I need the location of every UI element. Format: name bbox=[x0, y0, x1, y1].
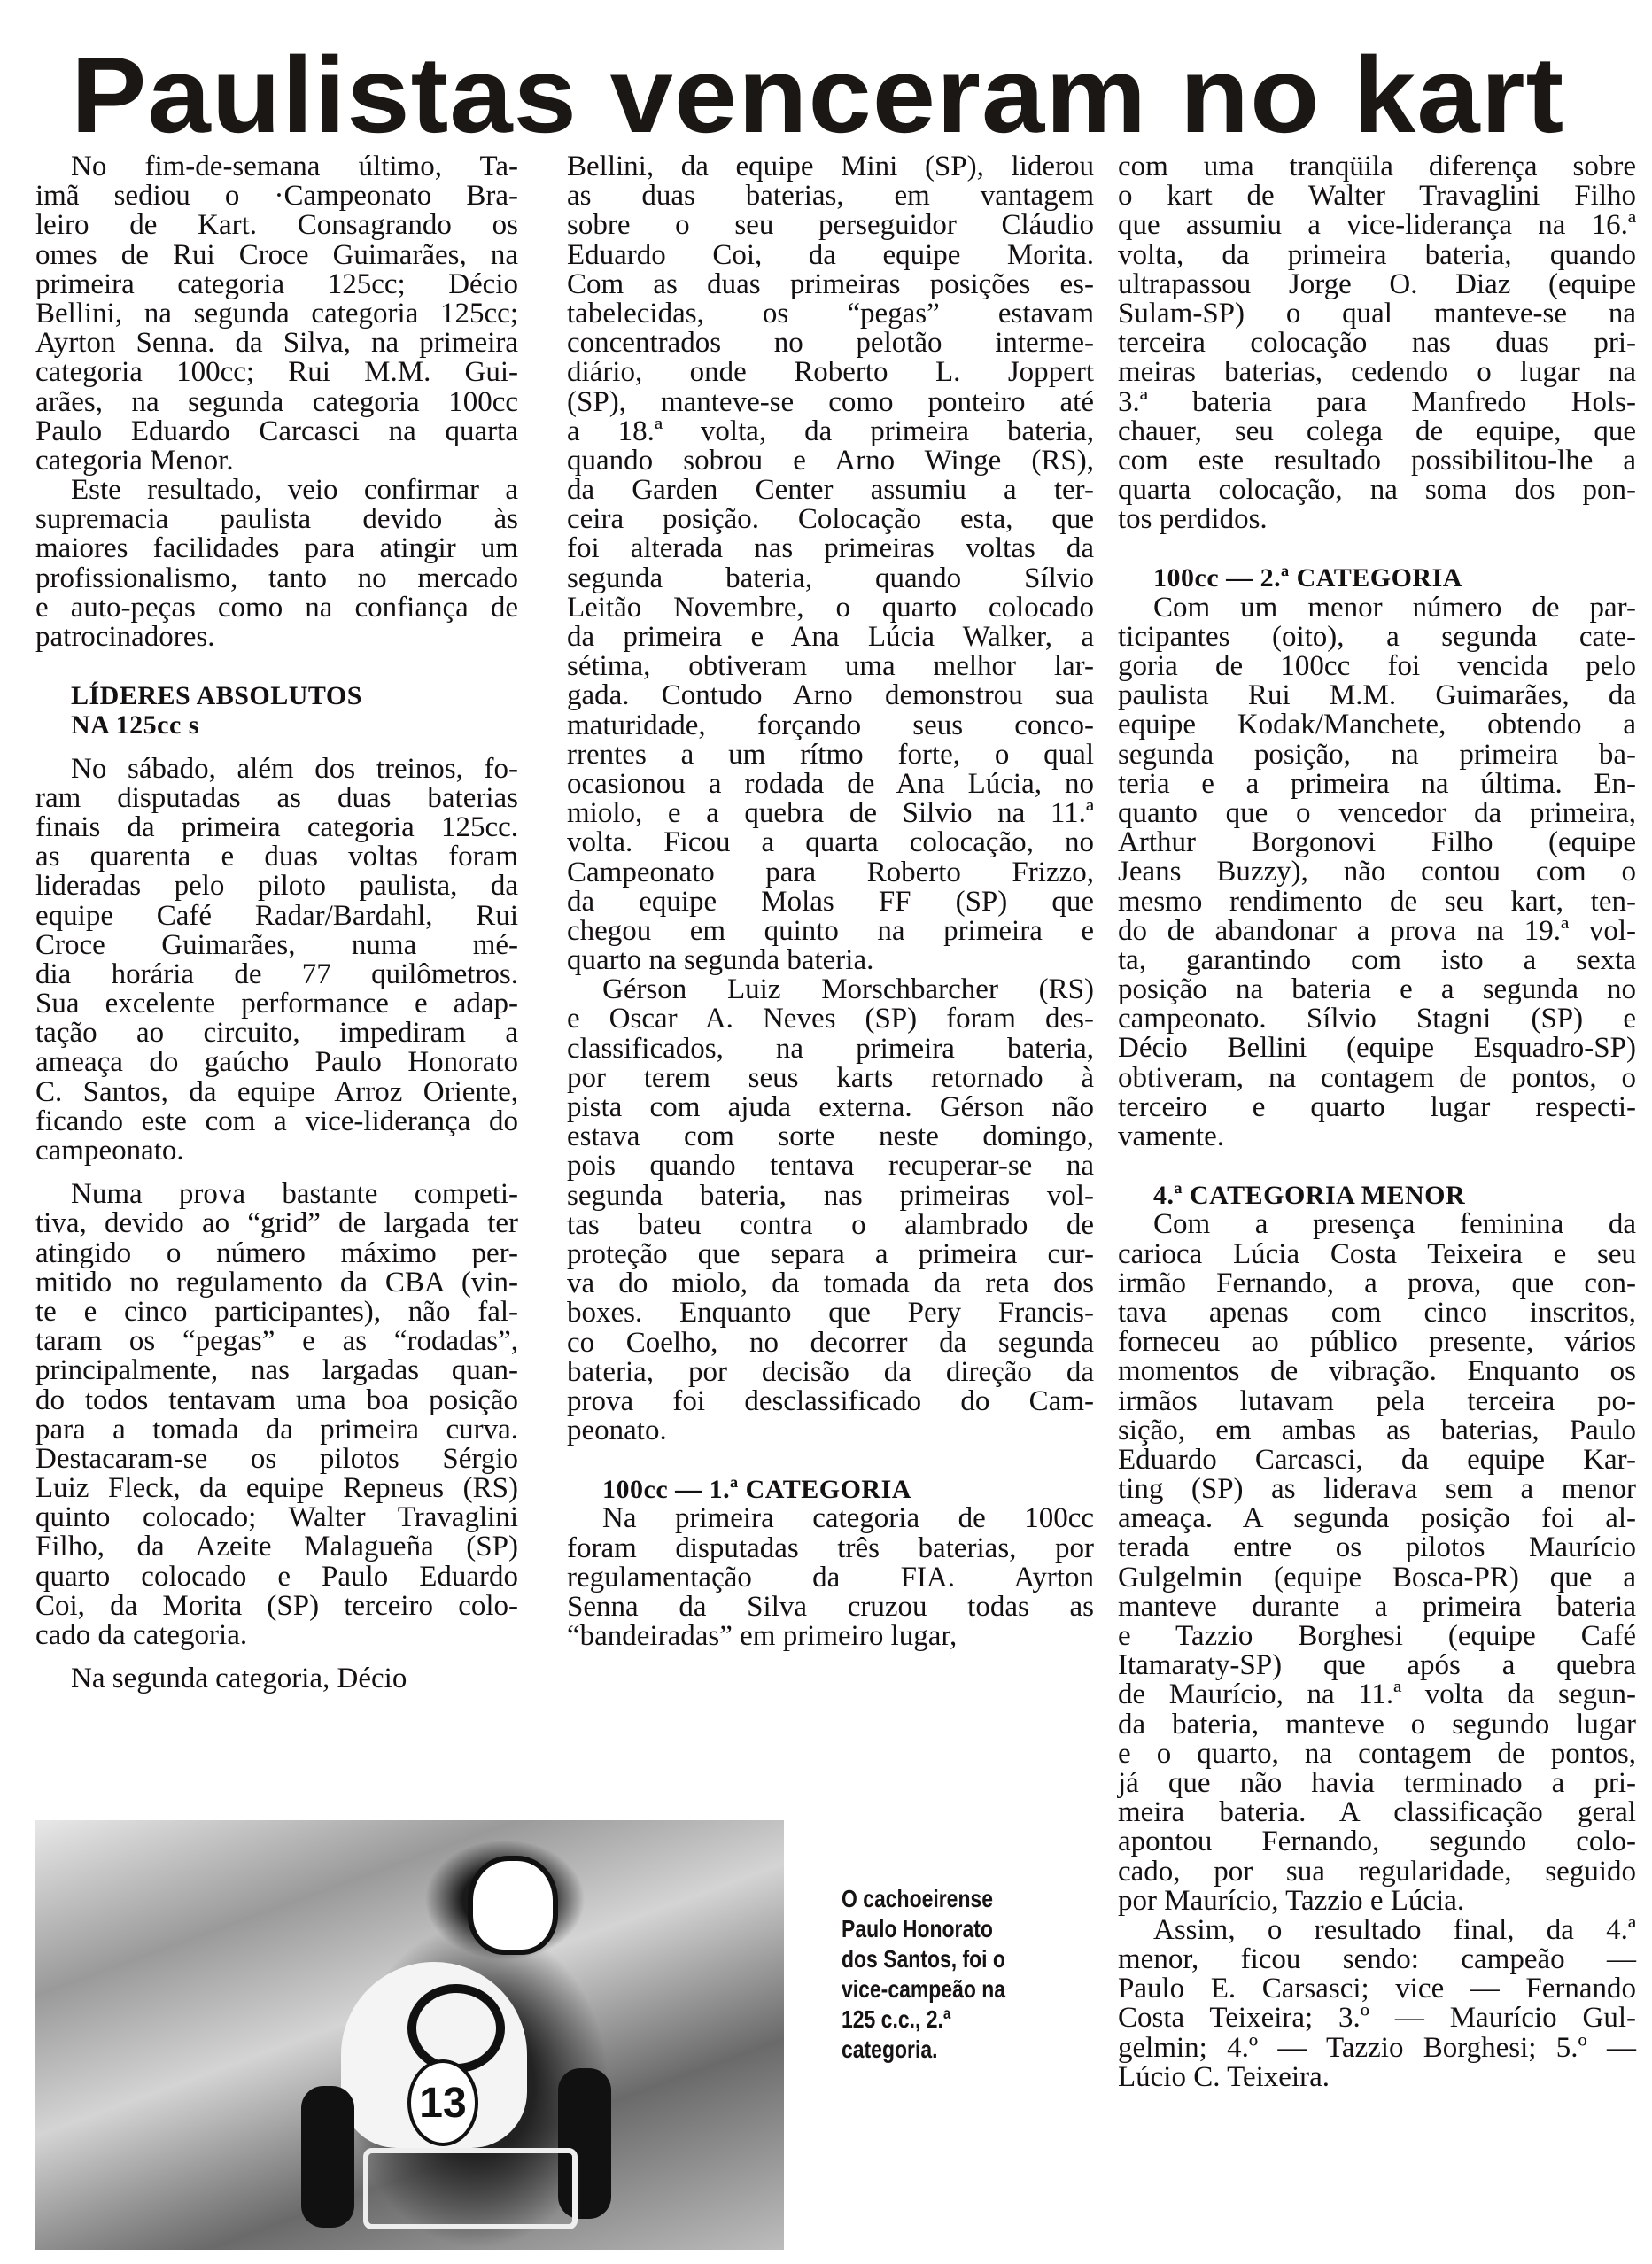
text-line: para a tomada da primeira curva. bbox=[35, 1415, 518, 1445]
text-line: Assim, o resultado final, da 4.ª bbox=[1118, 1916, 1636, 1945]
text-line: 3.ª bateria para Manfredo Hols- bbox=[1118, 388, 1636, 417]
text-line: goria de 100cc foi vencida pelo bbox=[1118, 652, 1636, 681]
text-line: sétima, obtiveram uma melhor lar- bbox=[567, 652, 1094, 681]
text-line: ultrapassou Jorge O. Diaz (equipe bbox=[1118, 270, 1636, 299]
section-heading: 4.ª CATEGORIA MENOR bbox=[1118, 1181, 1636, 1210]
text-line: momentos de vibração. Enquanto os bbox=[1118, 1357, 1636, 1386]
text-line: primeira categoria 125cc; Décio bbox=[35, 270, 518, 299]
text-line: chegou em quinto na primeira e bbox=[567, 917, 1094, 946]
text-line: Lúcio C. Teixeira. bbox=[1118, 2063, 1636, 2092]
text-line: mitido no regulamento da CBA (vin- bbox=[35, 1268, 518, 1298]
text-line: o kart de Walter Travaglini Filho bbox=[1118, 182, 1636, 211]
text-line: e Oscar A. Neves (SP) foram des- bbox=[567, 1004, 1094, 1034]
text-line: atingido o número máximo per- bbox=[35, 1239, 518, 1268]
text-line: tos perdidos. bbox=[1118, 505, 1636, 534]
text-line: tiva, devido ao “grid” de largada ter bbox=[35, 1209, 518, 1238]
text-line: ta, garantindo com isto a sexta bbox=[1118, 946, 1636, 975]
text-line: rrentes a um rítmo forte, o qual bbox=[567, 740, 1094, 770]
text-line: tava apenas com cinco inscritos, bbox=[1118, 1299, 1636, 1328]
text-line: ticipantes (oito), a segunda cate- bbox=[1118, 623, 1636, 652]
caption-line: vice-campeão na bbox=[842, 1974, 1052, 2004]
article-column-2: Bellini, da equipe Mini (SP), liderouas … bbox=[567, 152, 1094, 1651]
text-line: diário, onde Roberto L. Joppert bbox=[567, 358, 1094, 387]
text-line: Filho, da Azeite Malagueña (SP) bbox=[35, 1532, 518, 1562]
caption-line: Paulo Honorato bbox=[842, 1914, 1052, 1944]
kart-bumper-shape bbox=[363, 2148, 578, 2229]
text-line: concentrados no pelotão interme- bbox=[567, 329, 1094, 358]
text-line: da bateria, manteve o segundo lugar bbox=[1118, 1710, 1636, 1740]
text-line: equipe Kodak/Manchete, obtendo a bbox=[1118, 710, 1636, 740]
text-line: Ayrton Senna. da Silva, na primeira bbox=[35, 329, 518, 358]
text-line: regulamentação da FIA. Ayrton bbox=[567, 1563, 1094, 1593]
text-line: já que não havia terminado a pri- bbox=[1118, 1769, 1636, 1798]
text-line: Jeans Buzzy), não contou com o bbox=[1118, 857, 1636, 887]
text-line: estava com sorte neste domingo, bbox=[567, 1122, 1094, 1151]
text-line: ceira posição. Colocação esta, que bbox=[567, 505, 1094, 534]
text-line: Com um menor número de par- bbox=[1118, 593, 1636, 623]
text-line: com este resultado possibilitou-lhe a bbox=[1118, 446, 1636, 476]
text-line: terceiro e quarto lugar respecti- bbox=[1118, 1093, 1636, 1122]
text-line: Coi, da Morita (SP) terceiro colo- bbox=[35, 1592, 518, 1621]
caption-line: O cachoeirense bbox=[842, 1884, 1052, 1914]
text-line: profissionalismo, tanto no mercado bbox=[35, 564, 518, 593]
text-line: posição na bateria e a segunda no bbox=[1118, 975, 1636, 1004]
text-line: Bellini, da equipe Mini (SP), liderou bbox=[567, 152, 1094, 182]
text-line: chauer, seu colega de equipe, que bbox=[1118, 417, 1636, 446]
text-line: proteção que separa a primeira cur- bbox=[567, 1240, 1094, 1269]
text-line: obtiveram, na contagem de pontos, o bbox=[1118, 1064, 1636, 1093]
text-line: Paulo Eduardo Carcasci na quarta bbox=[35, 417, 518, 446]
article-column-3: com uma tranqüila diferença sobreo kart … bbox=[1118, 152, 1636, 2092]
text-line: forneceu ao público presente, vários bbox=[1118, 1328, 1636, 1357]
text-line: terada entre os pilotos Maurício bbox=[1118, 1533, 1636, 1562]
text-line: equipe Café Radar/Bardahl, Rui bbox=[35, 902, 518, 931]
text-line: cado da categoria. bbox=[35, 1621, 518, 1650]
section-heading: 100cc — 2.ª CATEGORIA bbox=[1118, 563, 1636, 593]
text-line: foram disputadas três baterias, por bbox=[567, 1534, 1094, 1563]
text-line: categoria 100cc; Rui M.M. Gui- bbox=[35, 358, 518, 387]
text-line: Croce Guimarães, numa mé- bbox=[35, 931, 518, 960]
block-spacer bbox=[1118, 1151, 1636, 1181]
text-line: ficando este com a vice-liderança do bbox=[35, 1107, 518, 1136]
text-line: pois quando tentava recuperar-se na bbox=[567, 1151, 1094, 1181]
text-line: dia horária de 77 quilômetros. bbox=[35, 960, 518, 989]
text-line: Sulam-SP) o qual manteve-se na bbox=[1118, 299, 1636, 329]
text-line: quando sobrou e Arno Winge (RS), bbox=[567, 446, 1094, 476]
text-line: Numa prova bastante competi- bbox=[35, 1180, 518, 1209]
headline: Paulistas venceram no kart bbox=[71, 43, 1652, 147]
caption-line: dos Santos, foi o bbox=[842, 1944, 1052, 1974]
text-line: da equipe Molas FF (SP) que bbox=[567, 888, 1094, 917]
helmet-shape bbox=[468, 1856, 558, 1955]
text-line: Gulgelmin (equipe Bosca-PR) que a bbox=[1118, 1563, 1636, 1593]
text-line: No fim-de-semana último, Ta- bbox=[35, 152, 518, 182]
text-line: cado, por sua regularidade, seguido bbox=[1118, 1857, 1636, 1887]
text-line: ameaça. A segunda posição foi al- bbox=[1118, 1504, 1636, 1533]
text-line: Eduardo Carcasci, da equipe Kar- bbox=[1118, 1446, 1636, 1475]
text-line: mesmo rendimento de seu kart, ten- bbox=[1118, 888, 1636, 917]
text-line: meiras baterias, cedendo o lugar na bbox=[1118, 358, 1636, 387]
text-line: Com a presença feminina da bbox=[1118, 1210, 1636, 1239]
text-line: menor, ficou sendo: campeão — bbox=[1118, 1945, 1636, 1974]
text-line: maiores facilidades para atingir um bbox=[35, 534, 518, 563]
text-line: quarto na segunda bateria. bbox=[567, 946, 1094, 975]
text-line: miolo, e a quebra de Silvio na 11.ª bbox=[567, 799, 1094, 828]
text-line: irmão Fernando, a prova, que con- bbox=[1118, 1269, 1636, 1299]
caption-line: 125 c.c., 2.ª bbox=[842, 2004, 1052, 2035]
text-line: campeonato. Sílvio Stagni (SP) e bbox=[1118, 1004, 1636, 1034]
text-line: patrocinadores. bbox=[35, 623, 518, 652]
photo-caption: O cachoeirense Paulo Honorato dos Santos… bbox=[842, 1884, 1052, 2065]
kart-number-plate: 13 bbox=[407, 2059, 478, 2146]
text-line: quinto colocado; Walter Travaglini bbox=[35, 1503, 518, 1532]
text-line: com uma tranqüila diferença sobre bbox=[1118, 152, 1636, 182]
text-line: da primeira e Ana Lúcia Walker, a bbox=[567, 623, 1094, 652]
text-line: terceira colocação nas duas pri- bbox=[1118, 329, 1636, 358]
text-line: “bandeiradas” em primeiro lugar, bbox=[567, 1622, 1094, 1651]
text-line: classificados, na primeira bateria, bbox=[567, 1035, 1094, 1064]
text-line: e o quarto, na contagem de pontos, bbox=[1118, 1740, 1636, 1769]
text-line: lideradas pelo piloto paulista, da bbox=[35, 872, 518, 901]
text-line: bateria, por decisão da direção da bbox=[567, 1358, 1094, 1387]
block-spacer bbox=[567, 1446, 1094, 1475]
text-line: maturidade, forçando seus conco- bbox=[567, 711, 1094, 740]
text-line: quanto que o vencedor da primeira, bbox=[1118, 799, 1636, 828]
text-line: gada. Contudo Arno demonstrou sua bbox=[567, 681, 1094, 710]
text-line: imã sediou o ·Campeonato Bra- bbox=[35, 182, 518, 211]
text-line: principalmente, nas largadas quan- bbox=[35, 1356, 518, 1385]
text-line: prova foi desclassificado do Cam- bbox=[567, 1387, 1094, 1416]
text-line: tabelecidas, os “pegas” estavam bbox=[567, 299, 1094, 329]
text-line: Este resultado, veio confirmar a bbox=[35, 476, 518, 505]
text-line: meira bateria. A classificação geral bbox=[1118, 1798, 1636, 1827]
text-line: as duas baterias, em vantagem bbox=[567, 182, 1094, 211]
text-line: quarto colocado e Paulo Eduardo bbox=[35, 1562, 518, 1592]
text-line: ting (SP) as liderava sem a menor bbox=[1118, 1475, 1636, 1504]
text-line: Na primeira categoria de 100cc bbox=[567, 1504, 1094, 1533]
text-line: arães, na segunda categoria 100cc bbox=[35, 388, 518, 417]
text-line: (SP), manteve-se como ponteiro até bbox=[567, 388, 1094, 417]
text-line: Eduardo Coi, da equipe Morita. bbox=[567, 241, 1094, 270]
steering-wheel-shape bbox=[407, 1984, 505, 2073]
text-line: Luiz Fleck, da equipe Repneus (RS) bbox=[35, 1474, 518, 1503]
wheel-left-shape bbox=[301, 2086, 354, 2228]
text-line: ocasionou a rodada de Ana Lúcia, no bbox=[567, 770, 1094, 799]
section-heading: LÍDERES ABSOLUTOS bbox=[35, 681, 518, 710]
text-line: Gérson Luiz Morschbarcher (RS) bbox=[567, 975, 1094, 1004]
text-line: irmãos lutavam pela terceira po- bbox=[1118, 1387, 1636, 1416]
text-line: segunda bateria, nas primeiras vol- bbox=[567, 1182, 1094, 1211]
text-line: volta, da primeira bateria, quando bbox=[1118, 241, 1636, 270]
text-line: de Maurício, na 11.ª volta da segun- bbox=[1118, 1680, 1636, 1710]
section-heading: NA 125cc s bbox=[35, 710, 518, 740]
text-line: Destacaram-se os pilotos Sérgio bbox=[35, 1445, 518, 1474]
text-line: apontou Fernando, segundo colo- bbox=[1118, 1827, 1636, 1857]
text-line: finais da primeira categoria 125cc. bbox=[35, 813, 518, 842]
text-line: ameaça do gaúcho Paulo Honorato bbox=[35, 1048, 518, 1077]
text-line: por Maurício, Tazzio e Lúcia. bbox=[1118, 1887, 1636, 1916]
text-line: Paulo E. Carsasci; vice — Fernando bbox=[1118, 1974, 1636, 2004]
text-line: segunda bateria, quando Sílvio bbox=[567, 564, 1094, 593]
text-line: manteve durante a primeira bateria bbox=[1118, 1593, 1636, 1622]
text-line: teria e a primeira na última. En- bbox=[1118, 770, 1636, 799]
text-line: quarta colocação, na soma dos pon- bbox=[1118, 476, 1636, 505]
text-line: sobre o seu perseguidor Cláudio bbox=[567, 211, 1094, 240]
text-line: vamente. bbox=[1118, 1122, 1636, 1151]
text-line: Décio Bellini (equipe Esquadro-SP) bbox=[1118, 1034, 1636, 1063]
text-line: Arthur Borgonovi Filho (equipe bbox=[1118, 828, 1636, 857]
block-spacer bbox=[1118, 534, 1636, 563]
text-line: e Tazzio Borghesi (equipe Café bbox=[1118, 1622, 1636, 1651]
text-line: taram os “pegas” e as “rodadas”, bbox=[35, 1327, 518, 1356]
text-line: va do miolo, da tomada da reta dos bbox=[567, 1269, 1094, 1299]
text-line: omes de Rui Croce Guimarães, na bbox=[35, 241, 518, 270]
text-line: carioca Lúcia Costa Teixeira e seu bbox=[1118, 1240, 1636, 1269]
block-spacer bbox=[35, 652, 518, 681]
text-line: tação ao circuito, impediram a bbox=[35, 1019, 518, 1048]
text-line: do todos tentavam uma boa posição bbox=[35, 1386, 518, 1415]
text-line: Sua excelente performance e adap- bbox=[35, 989, 518, 1019]
text-line: segunda posição, na primeira ba- bbox=[1118, 740, 1636, 770]
text-line: C. Santos, da equipe Arroz Oriente, bbox=[35, 1078, 518, 1107]
text-line: Itamaraty-SP) que após a quebra bbox=[1118, 1651, 1636, 1680]
text-line: gelmin; 4.º — Tazzio Borghesi; 5.º — bbox=[1118, 2034, 1636, 2063]
article-column-1: No fim-de-semana último, Ta-imã sediou o… bbox=[35, 152, 518, 1694]
text-line: a 18.ª volta, da primeira bateria, bbox=[567, 417, 1094, 446]
text-line: e auto-peças como na confiança de bbox=[35, 593, 518, 623]
text-line: te e cinco participantes), não fal- bbox=[35, 1298, 518, 1327]
text-line: pista com ajuda externa. Gérson não bbox=[567, 1093, 1094, 1122]
text-line: leiro de Kart. Consagrando os bbox=[35, 211, 518, 240]
text-line: por terem seus karts retornado à bbox=[567, 1064, 1094, 1093]
text-line: ram disputadas as duas baterias bbox=[35, 784, 518, 813]
text-line: Com as duas primeiras posições es- bbox=[567, 270, 1094, 299]
text-line: Na segunda categoria, Décio bbox=[35, 1664, 518, 1694]
section-heading: 100cc — 1.ª CATEGORIA bbox=[567, 1475, 1094, 1504]
text-line: Bellini, na segunda categoria 125cc; bbox=[35, 299, 518, 329]
text-line: volta. Ficou a quarta colocação, no bbox=[567, 828, 1094, 857]
text-line: peonato. bbox=[567, 1416, 1094, 1446]
kart-photo: 13 bbox=[35, 1820, 784, 2250]
caption-line: categoria. bbox=[842, 2035, 1052, 2065]
text-line: que assumiu a vice-liderança na 16.ª bbox=[1118, 211, 1636, 240]
text-line: as quarenta e duas voltas foram bbox=[35, 842, 518, 872]
text-line: categoria Menor. bbox=[35, 446, 518, 476]
text-line: campeonato. bbox=[35, 1136, 518, 1166]
text-line: tas bateu contra o alambrado de bbox=[567, 1211, 1094, 1240]
text-line: boxes. Enquanto que Pery Francis- bbox=[567, 1299, 1094, 1328]
text-line: da Garden Center assumiu a ter- bbox=[567, 476, 1094, 505]
text-line: co Coelho, no decorrer da segunda bbox=[567, 1329, 1094, 1358]
text-line: Leitão Novembre, o quarto colocado bbox=[567, 593, 1094, 623]
text-line: No sábado, além dos treinos, fo- bbox=[35, 755, 518, 784]
text-line: sição, em ambas as baterias, Paulo bbox=[1118, 1416, 1636, 1446]
text-line: Senna da Silva cruzou todas as bbox=[567, 1593, 1094, 1622]
text-line: Costa Teixeira; 3.º — Maurício Gul- bbox=[1118, 2004, 1636, 2033]
text-line: supremacia paulista devido às bbox=[35, 505, 518, 534]
text-line: foi alterada nas primeiras voltas da bbox=[567, 534, 1094, 563]
text-line: do de abandonar a prova na 19.ª vol- bbox=[1118, 917, 1636, 946]
text-line: Campeonato para Roberto Frizzo, bbox=[567, 858, 1094, 888]
text-line: paulista Rui M.M. Guimarães, da bbox=[1118, 681, 1636, 710]
